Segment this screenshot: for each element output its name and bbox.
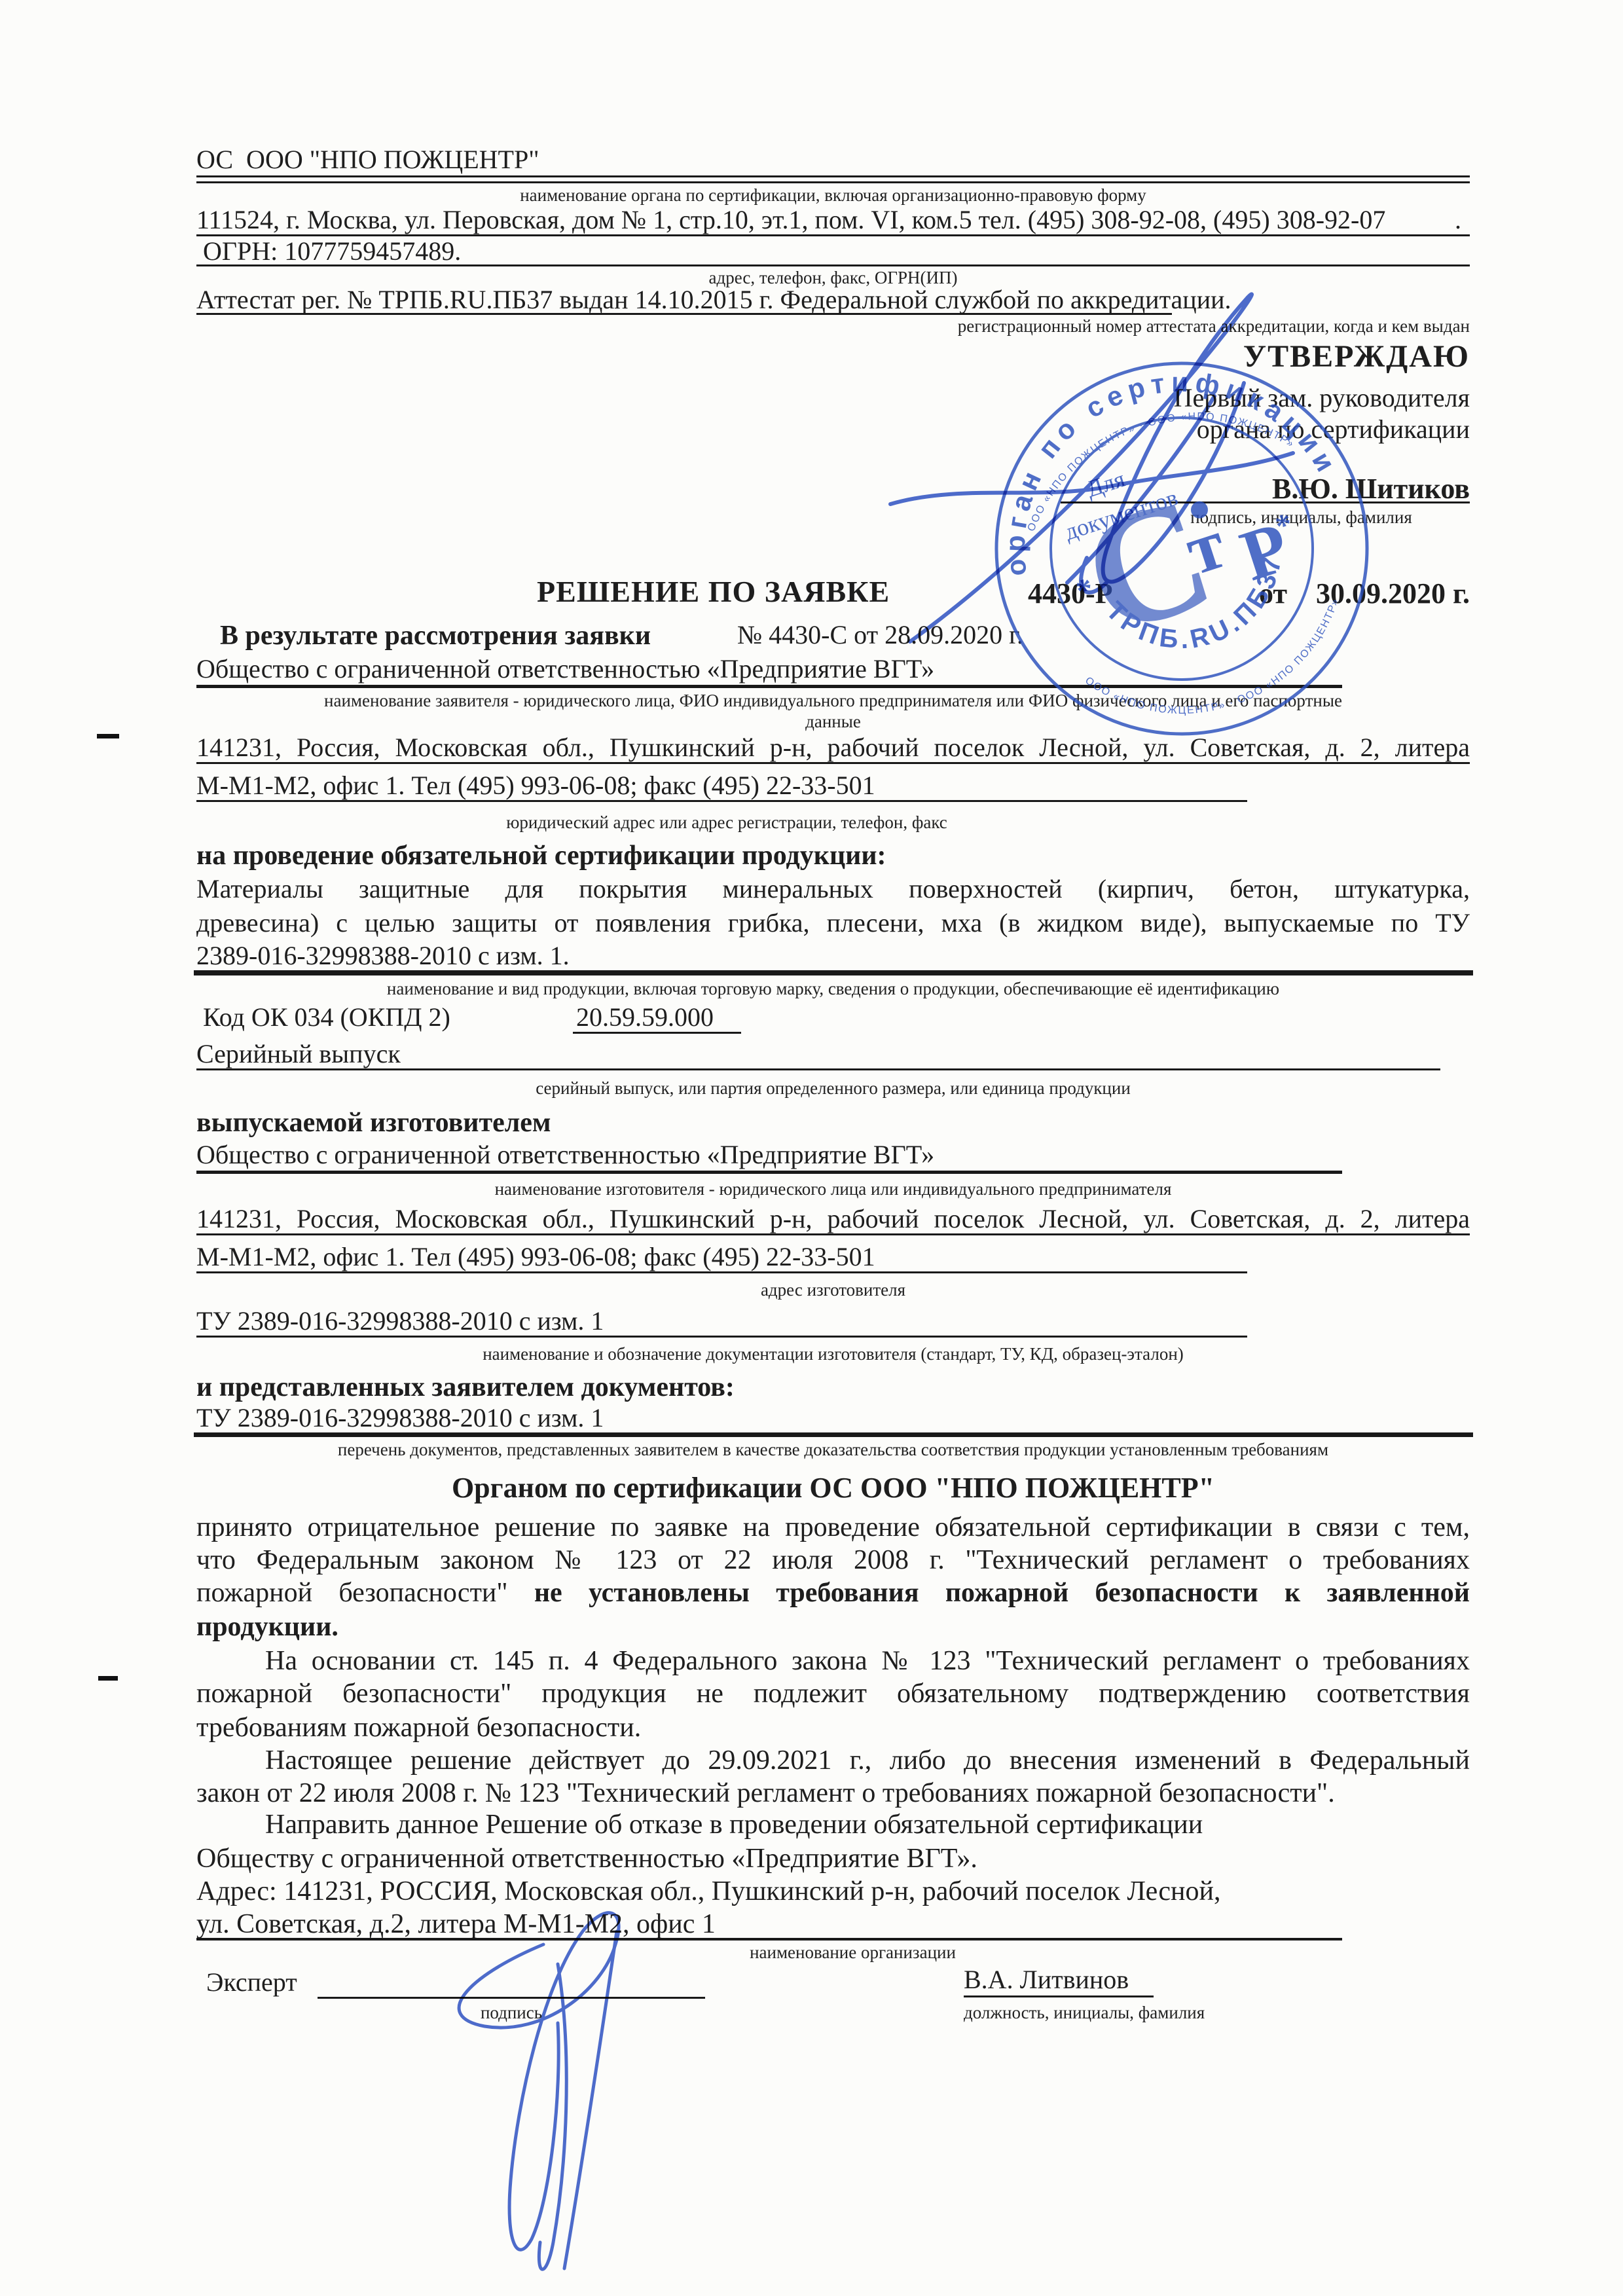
expert-signature-strokes bbox=[386, 1886, 727, 2291]
rule bbox=[196, 264, 1470, 266]
manufacturer-name: Общество с ограниченной ответственностью… bbox=[196, 1140, 934, 1170]
doc-title: РЕШЕНИЕ ПО ЗАЯВКЕ bbox=[537, 575, 890, 609]
manufacturer-address-2: М-М1-М2, офис 1. Тел (495) 993-06-08; фа… bbox=[196, 1243, 875, 1272]
decision-heading: Органом по сертификации ОС ООО "НПО ПОЖЦ… bbox=[196, 1472, 1470, 1504]
expert-name-caption: должность, инициалы, фамилия bbox=[964, 2003, 1205, 2023]
rule bbox=[196, 1233, 1470, 1235]
product-line-1: Материалы защитные для покрытия минераль… bbox=[196, 875, 1470, 904]
purpose-heading: на проведение обязательной сертификации … bbox=[196, 841, 886, 871]
rule bbox=[196, 762, 1470, 764]
decision-p1-l2: что Федеральным законом № 123 от 22 июля… bbox=[196, 1545, 1470, 1576]
rule-thick bbox=[194, 1432, 1473, 1437]
rule bbox=[196, 1938, 1342, 1941]
certification-decision-document: ОС ООО "НПО ПОЖЦЕНТР" наименование орган… bbox=[0, 0, 1623, 2296]
decision-p4-l1: Направить данное Решение об отказе в про… bbox=[265, 1810, 1203, 1840]
docs-tu-line: ТУ 2389-016-32998388-2010 с изм. 1 bbox=[196, 1307, 604, 1336]
decision-p1-l4: продукции. bbox=[196, 1612, 338, 1643]
expert-label: Эксперт bbox=[206, 1968, 297, 1997]
decision-p3-l1: Настоящее решение действует до 29.09.202… bbox=[265, 1745, 1470, 1776]
expert-signature bbox=[386, 1886, 727, 2291]
cert-body-ogrn: ОГРН: 1077759457489. bbox=[203, 237, 461, 266]
cert-body-caption: наименование органа по сертификации, вкл… bbox=[196, 186, 1470, 206]
scan-artifact bbox=[98, 1676, 118, 1681]
cert-body-name: ОС ООО "НПО ПОЖЦЕНТР" bbox=[196, 145, 539, 175]
rule bbox=[196, 1271, 1247, 1273]
decision-p3-l2: закон от 22 июля 2008 г. № 123 "Техничес… bbox=[196, 1778, 1335, 1809]
manufacturer-address-caption: адрес изготовителя bbox=[196, 1281, 1470, 1300]
serial-caption: серийный выпуск, или партия определенног… bbox=[196, 1079, 1470, 1099]
product-line-2: древесина) с целью защиты от появления г… bbox=[196, 909, 1470, 938]
product-line-3: 2389-016-32998388-2010 с изм. 1. bbox=[196, 941, 570, 971]
decision-p1-l1: принято отрицательное решение по заявке … bbox=[196, 1512, 1470, 1543]
decision-p1-l3-normal: пожарной безопасности" bbox=[196, 1578, 534, 1608]
submitted-tu-line: ТУ 2389-016-32998388-2010 с изм. 1 bbox=[196, 1404, 604, 1433]
decision-p2-l1: На основании ст. 145 п. 4 Федерального з… bbox=[265, 1646, 1470, 1677]
code-value: 20.59.59.000 bbox=[576, 1003, 714, 1032]
address-trailing-dot: . bbox=[1455, 206, 1461, 235]
intro-label: В результате рассмотрения заявки bbox=[220, 621, 651, 651]
rule bbox=[573, 1032, 741, 1034]
rule bbox=[196, 1068, 1440, 1070]
rule bbox=[196, 1171, 1342, 1174]
applicant-address-caption: юридический адрес или адрес регистрации,… bbox=[196, 813, 1257, 833]
decision-p2-l3: требованиям пожарной безопасности. bbox=[196, 1713, 641, 1743]
approver-signature-strokes bbox=[871, 275, 1408, 694]
code-label: Код ОК 034 (ОКПД 2) bbox=[203, 1003, 450, 1032]
applicant-name: Общество с ограниченной ответственностью… bbox=[196, 655, 934, 684]
submitted-caption: перечень документов, представленных заяв… bbox=[196, 1440, 1470, 1460]
expert-name: В.А. Литвинов bbox=[964, 1965, 1129, 1995]
cert-body-address: 111524, г. Москва, ул. Перовская, дом № … bbox=[196, 206, 1385, 235]
decision-p1-l3: пожарной безопасности" не установлены тр… bbox=[196, 1578, 1470, 1609]
approver-signature bbox=[871, 275, 1408, 694]
rule bbox=[196, 800, 1247, 802]
rule bbox=[196, 1336, 1247, 1338]
made-by-heading: выпускаемой изготовителем bbox=[196, 1108, 551, 1139]
decision-p1-l3-bold: не установлены требования пожарной безоп… bbox=[534, 1578, 1470, 1608]
manufacturer-address-1: 141231, Россия, Московская обл., Пушкинс… bbox=[196, 1205, 1470, 1234]
product-caption: наименование и вид продукции, включая то… bbox=[196, 979, 1470, 999]
docs-caption: наименование и обозначение документации … bbox=[196, 1345, 1470, 1364]
rule bbox=[964, 1995, 1154, 1997]
scan-artifact bbox=[97, 734, 119, 738]
rule-thick bbox=[194, 970, 1473, 975]
rule bbox=[196, 181, 1470, 183]
decision-p4-l2: Обществу с ограниченной ответственностью… bbox=[196, 1844, 977, 1874]
rule bbox=[196, 175, 1470, 177]
decision-p2-l2: пожарной безопасности" продукция не подл… bbox=[196, 1679, 1470, 1709]
submitted-heading: и представленных заявителем документов: bbox=[196, 1372, 735, 1403]
manufacturer-caption: наименование изготовителя - юридического… bbox=[196, 1180, 1470, 1199]
applicant-address-2: М-М1-М2, офис 1. Тел (495) 993-06-08; фа… bbox=[196, 771, 875, 801]
serial-line: Серийный выпуск bbox=[196, 1040, 401, 1069]
